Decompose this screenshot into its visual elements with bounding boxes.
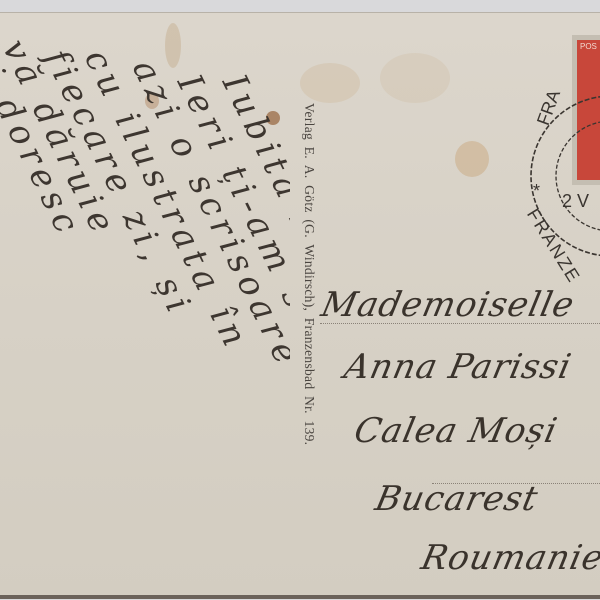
postmark-bottom-text: FRANZE [522,205,584,287]
stamp-label: POS [580,42,597,51]
address-line-1: Mademoiselle [318,285,579,325]
postcard: Iubita Ana Ieri ți-am scris ași azi o sc… [0,12,600,599]
publisher-imprint: Verlag E. A. Götz (G. Windirsch), Franze… [291,103,317,563]
stain-faint-2 [380,53,450,103]
stamp-face: POS [577,40,600,180]
postmark-date: 2 V [562,191,589,212]
address-line-3: Calea Moși [351,411,561,451]
postmark-top-text: FRA [533,87,565,128]
address-line-4: Bucarest [372,479,542,519]
address-line-2: Anna Parissi [341,347,575,387]
message-area: Iubita Ana Ieri ți-am scris ași azi o sc… [0,13,290,599]
card-edge [0,595,600,599]
stain-right [455,141,489,177]
address-line-5: Roumanie [418,538,600,578]
postage-stamp: POS [572,35,600,185]
postmark-star: * [533,181,540,202]
stain-faint [300,63,360,103]
